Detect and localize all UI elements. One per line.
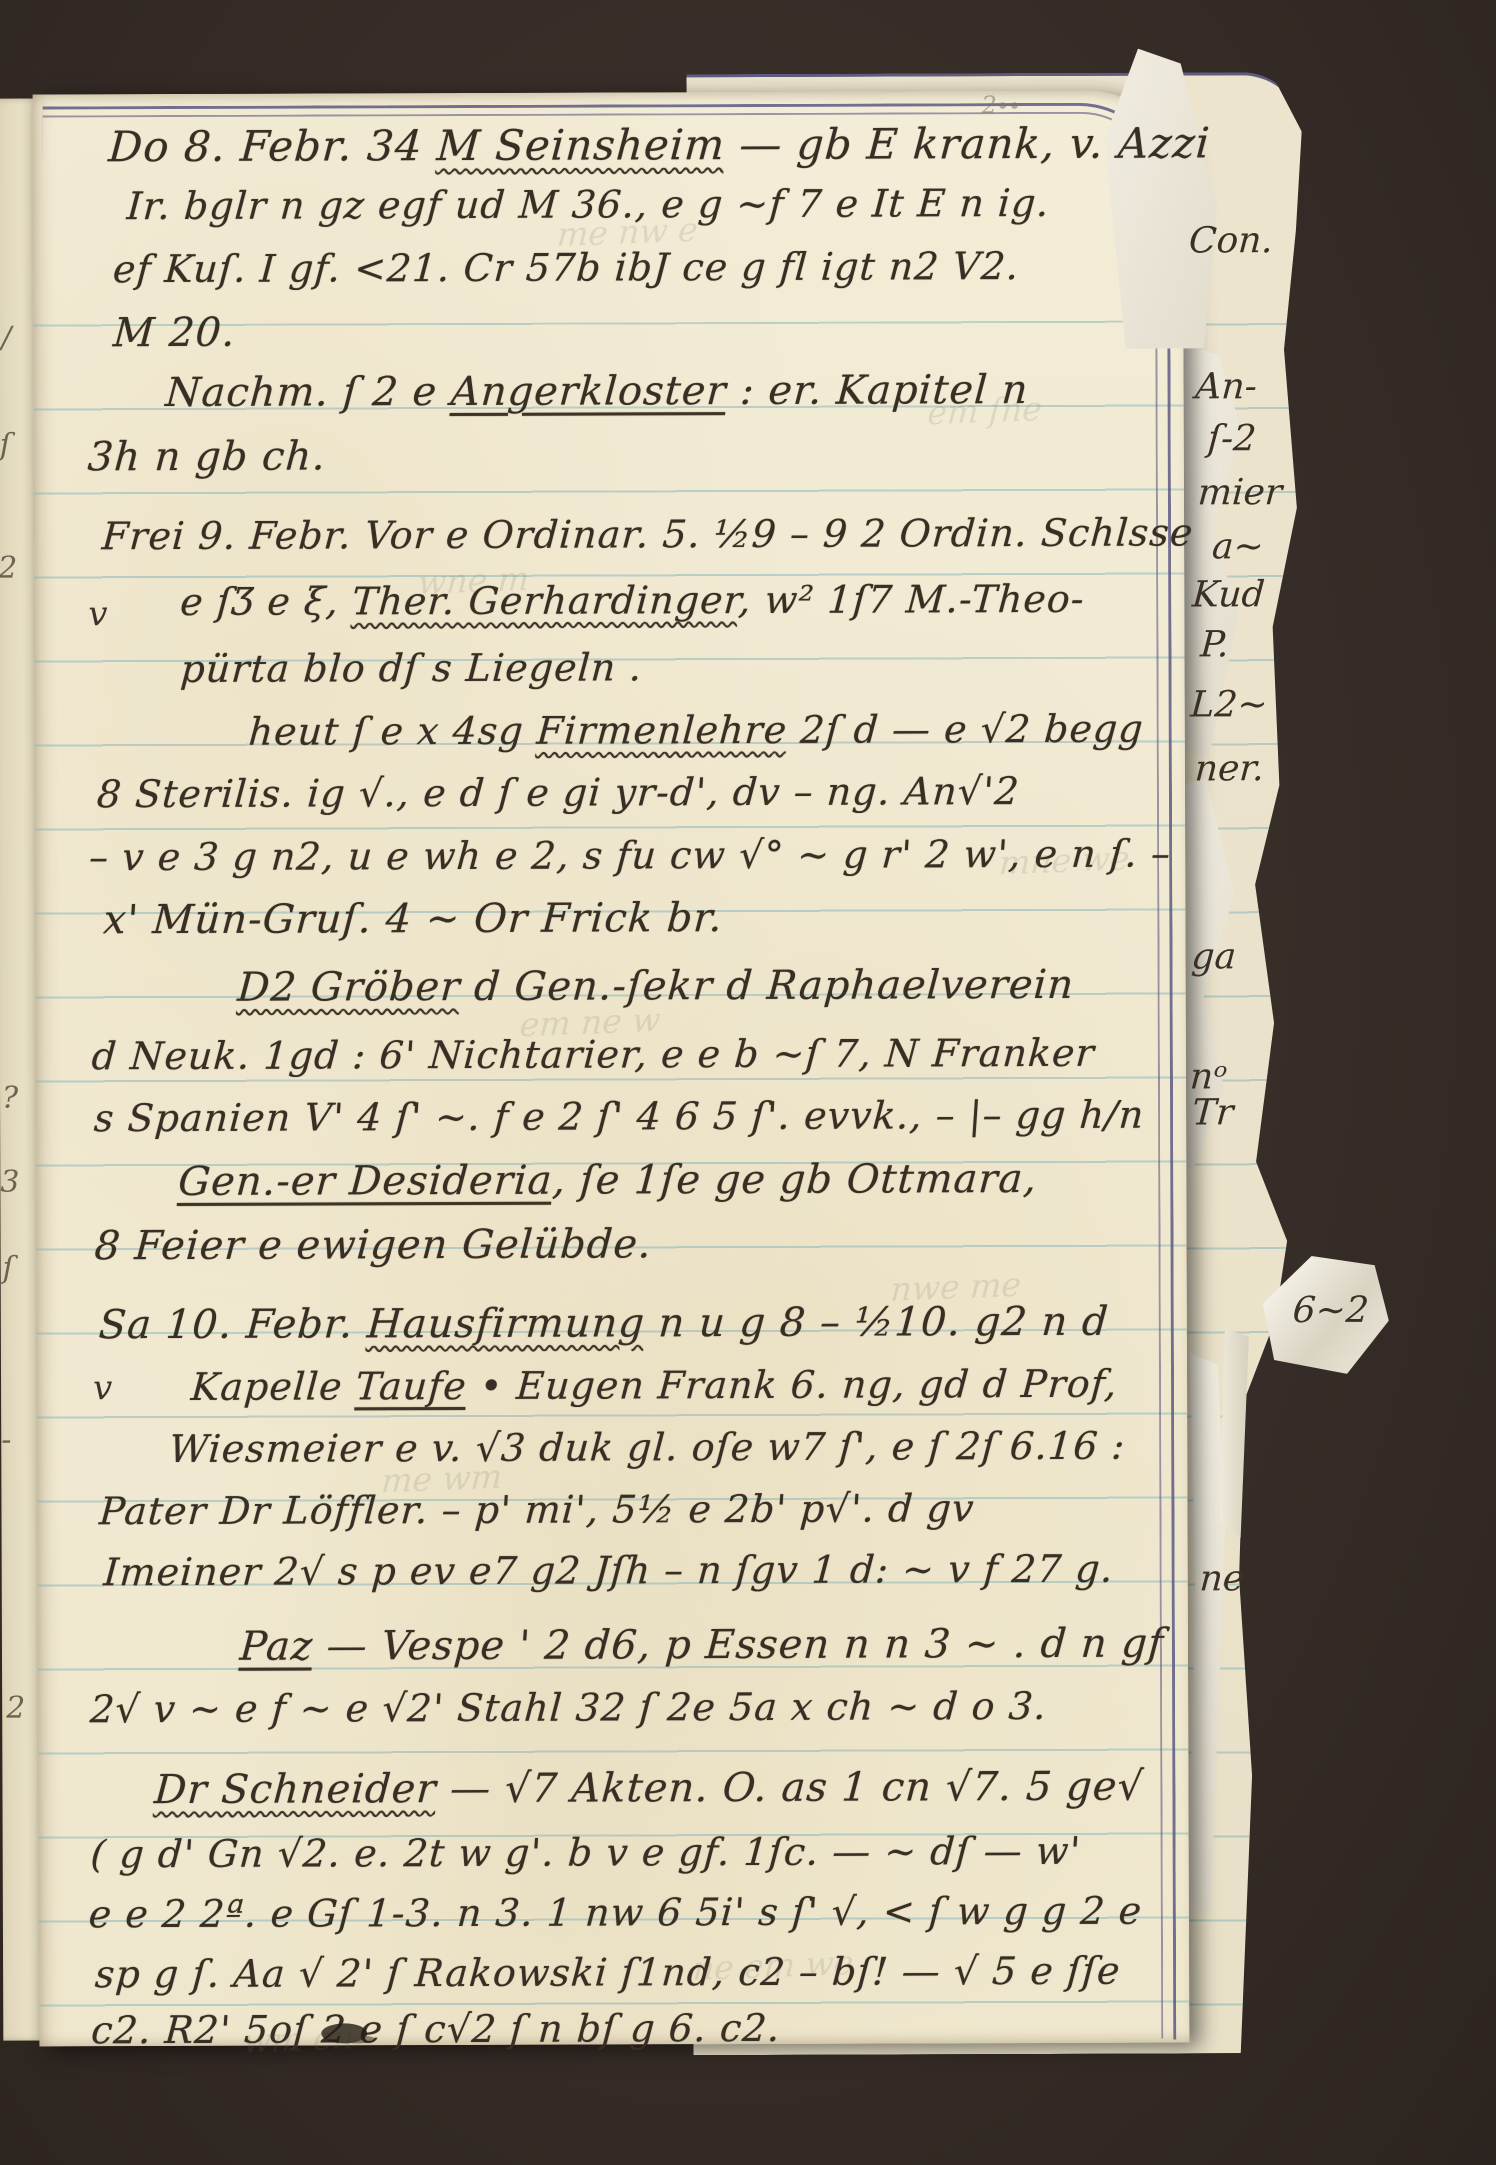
handwriting-text: Frei 9. Febr. Vor e Ordinar. 5. ½9 – 9 2…: [101, 510, 1195, 558]
handwriting-text: – v e 3 g n2, u e wh e 2, s fu cw √° ~ g…: [88, 832, 1173, 880]
margin-checkmarks: vv: [0, 0, 1492, 3]
handwriting-line: Ir. bglr n gz egf ud M 36., e g ~f 7 e I…: [125, 181, 1051, 228]
handwriting-text: c2. R2' 5oſ 2 e ſ c√2 ſ n bſ g 6. c2.: [90, 2006, 782, 2052]
underlined-word: Dr Schneider: [153, 1766, 438, 1813]
edge-mark: -: [1, 1423, 11, 1458]
handwriting-text: sp g ſ. Aa √ 2' ſ Rakowski ſ1nd, c2 – bſ…: [94, 1949, 1122, 1997]
handwriting-text: d Neuk. 1gd : 6' Nichtarier, e e b ~ſ 7,…: [90, 1031, 1096, 1079]
fragment-text: a~: [1211, 526, 1265, 567]
diary-photo-scene: me nw eem ſnewne mmne weem ne wnwe meme …: [0, 0, 1496, 2165]
handwriting-text: Do 8. Febr. 34: [107, 121, 439, 171]
handwriting-line: 3h n gb ch.: [86, 433, 327, 480]
handwriting-line: Nachm. ſ 2 e Angerkloster : er. Kapitel …: [164, 367, 1030, 416]
fragment-text: L2~: [1189, 684, 1269, 725]
fragment-text: ga: [1190, 936, 1237, 977]
handwriting-line: Paz — Vespe ' 2 d6, p Essen n n 3 ~ . d …: [238, 1621, 1165, 1670]
handwriting-line: e ſƷ e ξ, Ther. Gerhardinger, w² 1ſ7 M.-…: [179, 577, 1086, 624]
fragment-text: Con.: [1188, 220, 1275, 261]
fragment-text: 6~2: [1291, 1290, 1370, 1331]
handwriting-text: Nachm. ſ 2 e: [164, 369, 453, 416]
fragment-text: P.: [1199, 624, 1230, 665]
fragment-text: Kud: [1191, 574, 1266, 615]
fragment-text: ne: [1198, 1558, 1245, 1599]
margin-checkmark: v: [88, 594, 107, 634]
handwriting-text: heut ſ e x 4sg: [247, 709, 538, 754]
handwriting-line: d Neuk. 1gd : 6' Nichtarier, e e b ~ſ 7,…: [90, 1031, 1096, 1079]
handwriting-line: Gen.-er Desideria, ſe 1ſe ge gb Ottmara,: [177, 1156, 1039, 1205]
handwriting-text: e e 2 2ª. e Gſ 1-3. n 3. 1 nw 6 5i' s ſ'…: [87, 1889, 1143, 1937]
handwriting-text: 2√ v ~ e f ~ e √2' Stahl 32 ſ 2e 5a x ch…: [89, 1684, 1049, 1731]
handwriting-line: ( g d' Gn √2. e. 2t w g'. b v e gf. 1ſc.…: [89, 1829, 1082, 1876]
handwriting-text: ( g d' Gn √2. e. 2t w g'. b v e gf. 1ſc.…: [89, 1829, 1082, 1876]
handwriting-text: d Gen.-ſekr d Raphaelverein: [459, 962, 1076, 1010]
handwriting-line: D2 Gröber d Gen.-ſekr d Raphaelverein: [236, 962, 1076, 1011]
handwriting-line: 8 Sterilis. ig √., e d ſ e gi yr-d', dv …: [96, 769, 1022, 816]
handwriting-text: • Eugen Frank 6. ng, gd d Prof,: [465, 1362, 1119, 1408]
handwriting-line: Frei 9. Febr. Vor e Ordinar. 5. ½9 – 9 2…: [101, 510, 1195, 558]
handwriting-text: ef Kuſ. I gf. <21. Cr 57b ibJ ce g fl ig…: [112, 244, 1021, 291]
handwriting-text: 2ſ d — e √2 begg: [786, 707, 1145, 752]
handwriting-line: 2√ v ~ e f ~ e √2' Stahl 32 ſ 2e 5a x ch…: [89, 1684, 1049, 1731]
handwriting-text: n u g 8 – ½10. g2 n d: [643, 1299, 1110, 1347]
handwriting-line: heut ſ e x 4sg Firmenlehre 2ſ d — e √2 b…: [247, 707, 1145, 754]
edge-mark: ?: [2, 1081, 18, 1116]
adjacent-page-fragments: Con.An-ſ-2miera~KudP.L2~ner.ganᵒTr6~2ne: [0, 0, 1492, 3]
handwriting-text: Pater Dr Löffler. – p' mi', 5½ e 2b' p√'…: [98, 1486, 976, 1533]
underlined-word: Hausfirmung: [366, 1300, 647, 1347]
handwriting-line: Sa 10. Febr. Hausfirmung n u g 8 – ½10. …: [97, 1299, 1110, 1349]
margin-checkmark: v: [93, 1368, 112, 1408]
handwriting-line: pürta blo dſ s Liegeln .: [179, 645, 644, 691]
handwriting-line: Pater Dr Löffler. – p' mi', 5½ e 2b' p√'…: [98, 1486, 976, 1533]
fragment-text: mier: [1197, 472, 1284, 513]
handwriting-text: e ſƷ e ξ,: [179, 579, 354, 624]
handwriting-text: Kapelle: [190, 1364, 358, 1409]
edge-mark: ſ: [0, 428, 11, 463]
handwriting-text: Ir. bglr n gz egf ud M 36., e g ~f 7 e I…: [125, 181, 1051, 228]
edge-mark: /: [1, 321, 11, 356]
underlined-word: M Seinsheim: [435, 120, 726, 170]
underlined-word: Paz: [238, 1624, 314, 1670]
fragment-text: nᵒ: [1189, 1056, 1229, 1097]
handwriting-text: s Spanien V' 4 ſ' ~. f e 2 ſ' 4 6 5 ſ'. …: [93, 1093, 1146, 1141]
underlined-word: Angerkloster: [450, 368, 729, 415]
page-stack: me nw eem ſnewne mmne weem ne wnwe meme …: [0, 0, 1496, 2165]
handwriting-line: c2. R2' 5oſ 2 e ſ c√2 ſ n bſ g 6. c2.: [90, 2006, 782, 2052]
handwriting-line: Kapelle Taufe • Eugen Frank 6. ng, gd d …: [190, 1362, 1119, 1409]
handwriting-text: — gb E krank, v. Azzi: [724, 118, 1212, 169]
ink-bleedthrough-layer: me nw eem ſnewne mmne weem ne wnwe meme …: [0, 0, 1492, 3]
handwriting-line: s Spanien V' 4 ſ' ~. f e 2 ſ' 4 6 5 ſ'. …: [93, 1093, 1146, 1141]
handwriting-text: : er. Kapitel n: [725, 367, 1030, 414]
handwriting-line: x' Mün-Gruſ. 4 ~ Or Frick br.: [102, 895, 724, 943]
edge-mark: 2: [6, 1691, 25, 1726]
handwriting-line: Dr Schneider — √7 Akten. O. as 1 cn √7. …: [153, 1764, 1146, 1813]
handwriting-text: — Vespe ' 2 d6, p Essen n n 3 ~ . d n gf: [311, 1621, 1165, 1670]
underlined-word: Ther. Gerhardinger: [351, 578, 740, 623]
edge-mark: 2: [0, 551, 17, 586]
handwriting-line: – v e 3 g n2, u e wh e 2, s fu cw √° ~ g…: [88, 832, 1173, 880]
handwriting-line: Do 8. Febr. 34 M Seinsheim — gb E krank,…: [107, 118, 1212, 171]
handwriting-text: 8 Feier e ewigen Gelübde.: [93, 1221, 653, 1269]
ink-smudge: [321, 2023, 367, 2043]
handwriting-line: ef Kuſ. I gf. <21. Cr 57b ibJ ce g fl ig…: [112, 244, 1021, 291]
handwriting-text: Imeiner 2√ s p ev e7 g2 Jſh – n ſgv 1 d:…: [102, 1547, 1115, 1595]
edge-mark: ſ: [3, 1251, 14, 1286]
fragment-text: Tr: [1191, 1092, 1235, 1133]
fragment-text: ner.: [1194, 748, 1266, 789]
handwriting-line: Imeiner 2√ s p ev e7 g2 Jſh – n ſgv 1 d:…: [102, 1547, 1115, 1595]
handwriting-line: M 20.: [112, 310, 237, 356]
underlined-word: Taufe: [354, 1364, 468, 1408]
underlined-word: D2 Gröber: [236, 964, 462, 1011]
handwriting-line: sp g ſ. Aa √ 2' ſ Rakowski ſ1nd, c2 – bſ…: [94, 1949, 1122, 1997]
handwriting-layer: Do 8. Febr. 34 M Seinsheim — gb E krank,…: [0, 0, 1492, 3]
handwriting-line: e e 2 2ª. e Gſ 1-3. n 3. 1 nw 6 5i' s ſ'…: [87, 1889, 1143, 1937]
fragment-text: An-: [1194, 366, 1258, 407]
underlined-word: Firmenlehre: [535, 708, 788, 753]
handwriting-line: 8 Feier e ewigen Gelübde.: [93, 1221, 653, 1269]
handwriting-text: — √7 Akten. O. as 1 cn √7. 5 ge√: [435, 1764, 1146, 1812]
left-edge-marks: /ſ2?3ſ-2: [0, 0, 1492, 3]
edge-mark: 3: [0, 1165, 19, 1200]
handwriting-text: , ſe 1ſe ge gb Ottmara,: [551, 1156, 1039, 1204]
underlined-word: Gen.-er Desideria: [177, 1158, 554, 1205]
handwriting-line: Wiesmeier e v. √3 duk gl. oſe w7 ſ', e ſ…: [168, 1424, 1127, 1471]
handwriting-text: 8 Sterilis. ig √., e d ſ e gi yr-d', dv …: [96, 769, 1022, 816]
handwriting-text: M 20.: [112, 310, 237, 356]
handwriting-text: pürta blo dſ s Liegeln .: [179, 645, 644, 691]
handwriting-text: Wiesmeier e v. √3 duk gl. oſe w7 ſ', e ſ…: [168, 1424, 1127, 1471]
handwriting-text: Sa 10. Febr.: [97, 1301, 368, 1348]
fragment-text: ſ-2: [1206, 418, 1257, 459]
handwriting-text: x' Mün-Gruſ. 4 ~ Or Frick br.: [102, 895, 724, 943]
handwriting-text: 3h n gb ch.: [86, 433, 327, 480]
pencil-mark: 2∙∙: [982, 91, 1021, 119]
handwriting-text: , w² 1ſ7 M.-Theo-: [737, 577, 1086, 622]
